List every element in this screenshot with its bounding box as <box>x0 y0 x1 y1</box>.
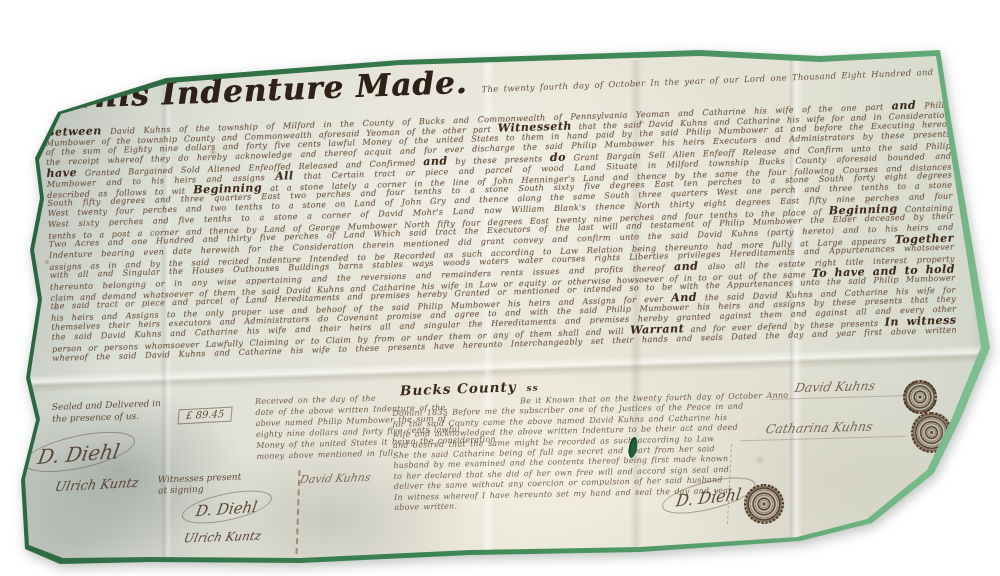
signature-rule-line <box>740 436 905 442</box>
wafer-seal-icon <box>903 380 937 414</box>
consideration-amount: £ 89.45 <box>177 407 232 425</box>
stitched-repair-seam <box>296 470 301 554</box>
signature-text: D. Diehl <box>194 498 258 521</box>
county-ss: ss <box>526 384 538 394</box>
wafer-seal-icon <box>744 484 784 524</box>
justice-signature: D. Diehl <box>675 485 742 511</box>
witness-signature: Ulrich Kuntz <box>55 476 139 495</box>
signature-text: D. Diehl <box>36 439 122 469</box>
witness-signature: Ulrich Kuntz <box>184 529 262 546</box>
witness-signature: D. Diehl <box>37 439 120 469</box>
witness-signature: D. Diehl <box>195 498 257 520</box>
deed-body: Between David Kuhns of the township of M… <box>45 98 957 363</box>
attestation-line: the presence of us. <box>52 410 161 426</box>
grantor-signature: David Kuhns <box>795 378 876 395</box>
attestation-clause: Sealed and Delivered in the presence of … <box>52 398 162 426</box>
photo-background: This Indenture Made.The twenty fourth da… <box>0 0 1000 576</box>
signature-text: Ulrich Kuntz <box>54 476 140 496</box>
signature-text: D. Diehl <box>675 484 743 510</box>
acknowledgment-clause: Be it Known that on the twenty fourth da… <box>392 392 714 513</box>
signature-text: David Kuhns <box>299 471 372 487</box>
signature-text: Catharina Kuhns <box>764 419 874 437</box>
indenture-document: This Indenture Made.The twenty fourth da… <box>0 0 1000 576</box>
receipt-witness-signature: David Kuhns <box>300 471 371 486</box>
signature-rule-line <box>770 395 905 400</box>
grantor-signature: Catharina Kuhns <box>766 419 873 437</box>
signature-text: Ulrich Kuntz <box>183 529 263 546</box>
signature-text: David Kuhns <box>793 378 876 395</box>
deed-date-text: The twenty fourth day of October In the … <box>481 66 983 95</box>
